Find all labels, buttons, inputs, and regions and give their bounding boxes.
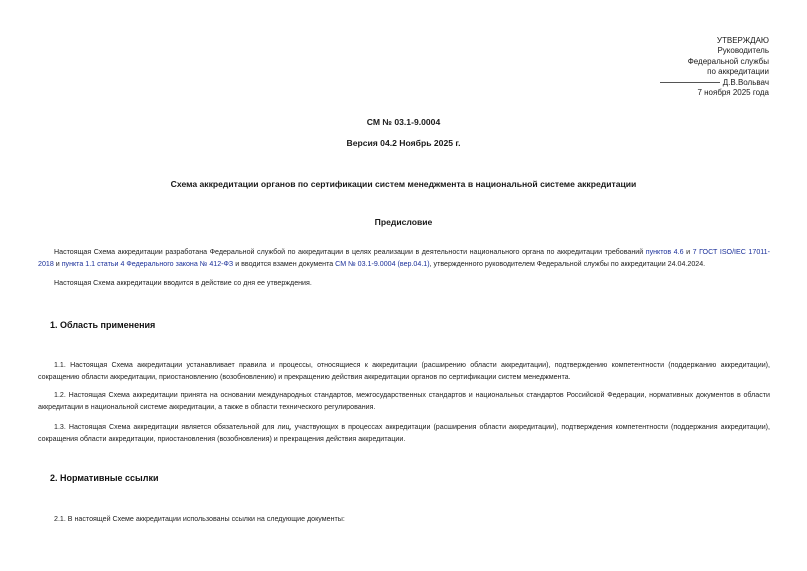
- section-2-heading: 2. Нормативные ссылки: [50, 473, 158, 483]
- preface-text: Настоящая Схема аккредитации разработана…: [54, 248, 646, 256]
- approval-signature-row: Д.В.Вольвач: [660, 78, 769, 88]
- approval-position-line1: Руководитель: [660, 46, 769, 56]
- approval-position-line2: Федеральной службы: [660, 57, 769, 67]
- preface-text: , утвержденного руководителем Федерально…: [430, 260, 706, 268]
- approval-position-line3: по аккредитации: [660, 67, 769, 77]
- approval-heading: УТВЕРЖДАЮ: [660, 36, 769, 46]
- document-number: СМ № 03.1-9.0004: [0, 117, 807, 127]
- preface-heading: Предисловие: [0, 217, 807, 227]
- preface-text: и вводится взамен документа: [233, 260, 335, 268]
- document-version: Версия 04.2 Ноябрь 2025 г.: [0, 138, 807, 148]
- paragraph-1-2: 1.2. Настоящая Схема аккредитации принят…: [38, 389, 770, 414]
- link-clauses-4-6[interactable]: пунктов 4.6: [646, 248, 684, 256]
- section-1-heading: 1. Область применения: [50, 320, 155, 330]
- link-federal-law-412[interactable]: пункта 1.1 статьи 4 Федерального закона …: [62, 260, 234, 268]
- approval-date: 7 ноября 2025 года: [660, 88, 769, 98]
- preface-paragraph-2: Настоящая Схема аккредитации вводится в …: [38, 277, 770, 289]
- preface-text: и: [684, 248, 693, 256]
- document-title: Схема аккредитации органов по сертификац…: [0, 179, 807, 189]
- approval-block: УТВЕРЖДАЮ Руководитель Федеральной служб…: [660, 36, 769, 98]
- paragraph-1-1: 1.1. Настоящая Схема аккредитации устана…: [38, 359, 770, 384]
- preface-paragraph-1: Настоящая Схема аккредитации разработана…: [38, 246, 770, 271]
- signature-line: [660, 82, 720, 83]
- link-previous-version[interactable]: СМ № 03.1-9.0004 (вер.04.1): [335, 260, 429, 268]
- approval-signatory: Д.В.Вольвач: [723, 78, 769, 87]
- preface-text: и: [54, 260, 62, 268]
- paragraph-2-1: 2.1. В настоящей Схеме аккредитации испо…: [38, 513, 770, 525]
- paragraph-1-3: 1.3. Настоящая Схема аккредитации являет…: [38, 421, 770, 446]
